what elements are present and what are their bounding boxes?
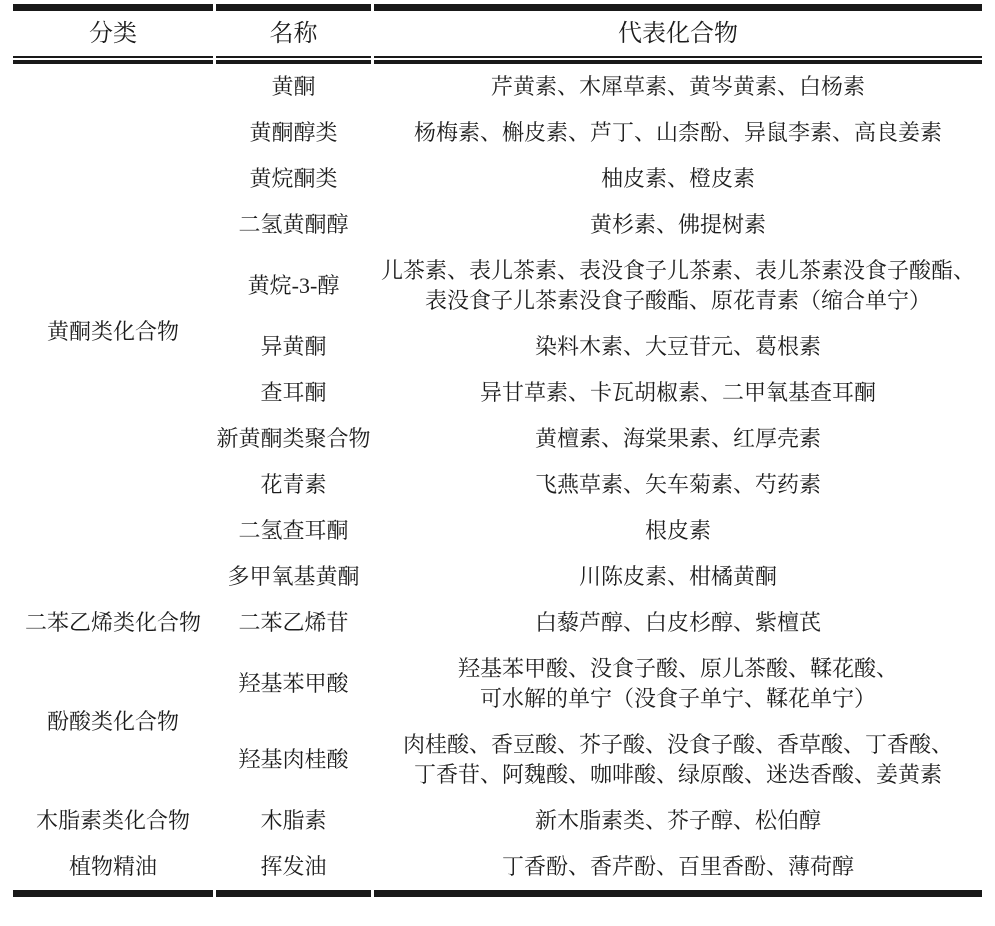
table-row: 酚酸类化合物羟基苯甲酸羟基苯甲酸、没食子酸、原儿茶酸、鞣花酸、 可水解的单宁（没…	[13, 646, 982, 722]
name-cell: 新黄酮类聚合物	[216, 416, 371, 462]
name-cell: 黄烷-3-醇	[216, 248, 371, 324]
name-cell: 木脂素	[216, 798, 371, 844]
table-header: 分类 名称 代表化合物	[13, 4, 982, 64]
compounds-cell: 肉桂酸、香豆酸、芥子酸、没食子酸、香草酸、丁香酸、 丁香苷、阿魏酸、咖啡酸、绿原…	[374, 722, 982, 798]
compounds-cell: 柚皮素、橙皮素	[374, 156, 982, 202]
table-row: 黄酮类化合物黄酮芹黄素、木犀草素、黄岑黄素、白杨素	[13, 64, 982, 110]
category-cell: 植物精油	[13, 844, 213, 897]
header-row: 分类 名称 代表化合物	[13, 4, 982, 58]
name-cell: 挥发油	[216, 844, 371, 897]
compounds-cell: 根皮素	[374, 508, 982, 554]
name-cell: 二氢查耳酮	[216, 508, 371, 554]
compounds-cell: 羟基苯甲酸、没食子酸、原儿茶酸、鞣花酸、 可水解的单宁（没食子单宁、鞣花单宁）	[374, 646, 982, 722]
compounds-cell: 川陈皮素、柑橘黄酮	[374, 554, 982, 600]
name-cell: 二氢黄酮醇	[216, 202, 371, 248]
header-cell-name: 名称	[216, 4, 371, 58]
compounds-cell: 飞燕草素、矢车菊素、芍药素	[374, 462, 982, 508]
header-cell-category: 分类	[13, 4, 213, 58]
category-cell: 木脂素类化合物	[13, 798, 213, 844]
compounds-cell: 芹黄素、木犀草素、黄岑黄素、白杨素	[374, 64, 982, 110]
table-row: 木脂素类化合物木脂素新木脂素类、芥子醇、松伯醇	[13, 798, 982, 844]
name-cell: 黄烷酮类	[216, 156, 371, 202]
table-row: 二苯乙烯类化合物二苯乙烯苷白藜芦醇、白皮杉醇、紫檀芪	[13, 600, 982, 646]
compound-classification-table: 分类 名称 代表化合物 黄酮类化合物黄酮芹黄素、木犀草素、黄岑黄素、白杨素黄酮醇…	[10, 4, 985, 897]
name-cell: 黄酮醇类	[216, 110, 371, 156]
document-page: 分类 名称 代表化合物 黄酮类化合物黄酮芹黄素、木犀草素、黄岑黄素、白杨素黄酮醇…	[0, 0, 995, 926]
name-cell: 异黄酮	[216, 324, 371, 370]
name-cell: 查耳酮	[216, 370, 371, 416]
compounds-cell: 儿茶素、表儿茶素、表没食子儿茶素、表儿茶素没食子酸酯、 表没食子儿茶素没食子酸酯…	[374, 248, 982, 324]
compounds-cell: 杨梅素、槲皮素、芦丁、山柰酚、异鼠李素、高良姜素	[374, 110, 982, 156]
name-cell: 羟基肉桂酸	[216, 722, 371, 798]
compounds-cell: 黄杉素、佛提树素	[374, 202, 982, 248]
category-cell: 二苯乙烯类化合物	[13, 600, 213, 646]
compounds-cell: 白藜芦醇、白皮杉醇、紫檀芪	[374, 600, 982, 646]
compounds-cell: 染料木素、大豆苷元、葛根素	[374, 324, 982, 370]
name-cell: 黄酮	[216, 64, 371, 110]
name-cell: 二苯乙烯苷	[216, 600, 371, 646]
compounds-cell: 丁香酚、香芹酚、百里香酚、薄荷醇	[374, 844, 982, 897]
table-body: 黄酮类化合物黄酮芹黄素、木犀草素、黄岑黄素、白杨素黄酮醇类杨梅素、槲皮素、芦丁、…	[13, 64, 982, 897]
category-cell: 酚酸类化合物	[13, 646, 213, 798]
compounds-cell: 黄檀素、海棠果素、红厚壳素	[374, 416, 982, 462]
compounds-cell: 异甘草素、卡瓦胡椒素、二甲氧基查耳酮	[374, 370, 982, 416]
header-cell-compounds: 代表化合物	[374, 4, 982, 58]
compounds-cell: 新木脂素类、芥子醇、松伯醇	[374, 798, 982, 844]
table-row: 植物精油挥发油丁香酚、香芹酚、百里香酚、薄荷醇	[13, 844, 982, 897]
name-cell: 花青素	[216, 462, 371, 508]
name-cell: 多甲氧基黄酮	[216, 554, 371, 600]
category-cell: 黄酮类化合物	[13, 64, 213, 600]
name-cell: 羟基苯甲酸	[216, 646, 371, 722]
